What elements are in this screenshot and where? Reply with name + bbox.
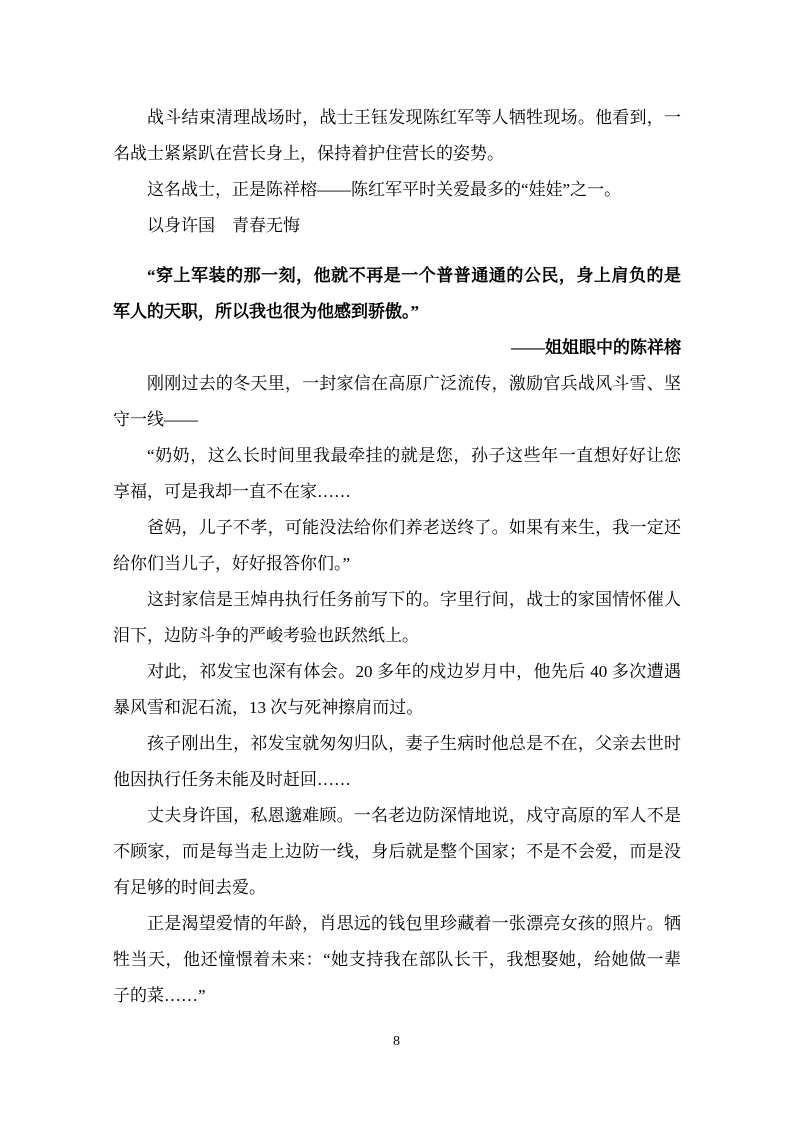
body-paragraph-6: 孩子刚出生，祁发宝就匆匆归队，妻子生病时他总是不在，父亲去世时他因执行任务未能及… [113,726,681,798]
letter-paragraph-2: 爸妈，儿子不孝，可能没法给你们养老送终了。如果有来生，我一定还给你们当儿子，好好… [113,510,681,582]
body-paragraph-5: 对此，祁发宝也深有体会。20 多年的戍边岁月中，他先后 40 多次遭遇暴风雪和泥… [113,654,681,726]
bold-quote-paragraph: “穿上军装的那一刻，他就不再是一个普普通通的公民，身上肩负的是军人的天职，所以我… [113,258,681,330]
body-paragraph-7: 丈夫身许国，私恩邈难顾。一名老边防深情地说，戍守高原的军人不是不顾家，而是每当走… [113,798,681,906]
body-paragraph-3: 刚刚过去的冬天里，一封家信在高原广泛流传，激励官兵战风斗雪、坚守一线—— [113,366,681,438]
letter-paragraph-1: “奶奶，这么长时间里我最牵挂的就是您，孙子这些年一直想好好让您享福，可是我却一直… [113,438,681,510]
section-subheading: 以身许国 青春无悔 [113,208,681,244]
body-paragraph-2: 这名战士，正是陈祥榕——陈红军平时关爱最多的“娃娃”之一。 [113,172,681,208]
document-page: 战斗结束清理战场时，战士王钰发现陈红军等人牺牲现场。他看到，一名战士紧紧趴在营长… [0,0,793,1122]
page-footer: 8 [0,1032,793,1052]
body-paragraph-4: 这封家信是王焯冉执行任务前写下的。字里行间，战士的家国情怀催人泪下，边防斗争的严… [113,582,681,654]
document-body: 战斗结束清理战场时，战士王钰发现陈红军等人牺牲现场。他看到，一名战士紧紧趴在营长… [113,100,681,1014]
quote-attribution: ——姐姐眼中的陈祥榕 [113,330,681,366]
body-paragraph-1: 战斗结束清理战场时，战士王钰发现陈红军等人牺牲现场。他看到，一名战士紧紧趴在营长… [113,100,681,172]
body-paragraph-8: 正是渴望爱情的年龄，肖思远的钱包里珍藏着一张漂亮女孩的照片。牺牲当天，他还憧憬着… [113,906,681,1014]
page-number: 8 [393,1034,400,1049]
